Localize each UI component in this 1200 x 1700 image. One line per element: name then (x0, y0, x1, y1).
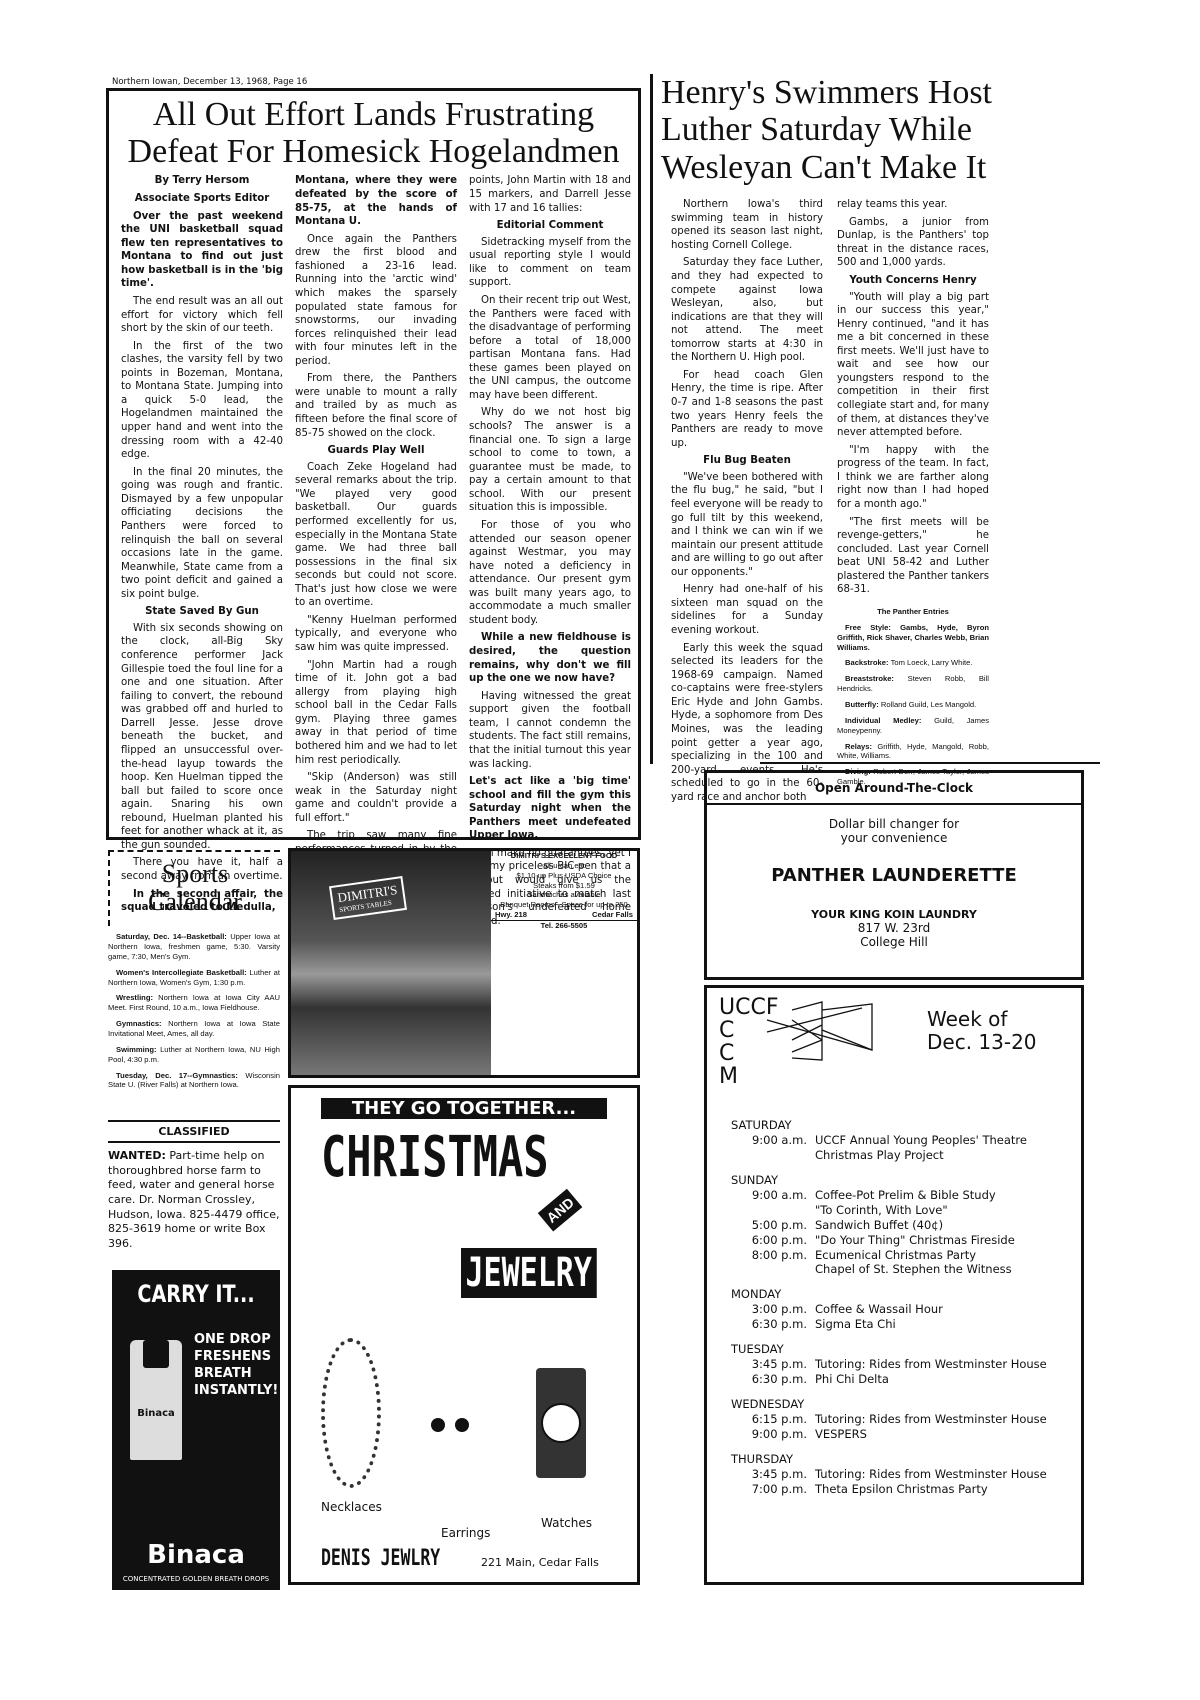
paragraph: Let's act like a 'big time' school and f… (469, 775, 631, 843)
paragraph: points, John Martin with 18 and 15 marke… (469, 174, 631, 215)
schedule-event: 3:45 p.m.Tutoring: Rides from Westminste… (731, 1467, 1071, 1482)
classified: CLASSIFIED WANTED: Part-time help on tho… (108, 1120, 280, 1251)
binaca-ad: CARRY IT... ONE DROP FRESHENS BREATH INS… (112, 1270, 280, 1590)
paragraph: Sidetracking myself from the usual repor… (469, 236, 631, 290)
necklace-icon (321, 1338, 381, 1488)
paragraph: Once again the Panthers drew the first b… (295, 233, 457, 369)
paragraph: With six seconds showing on the clock, a… (121, 622, 283, 853)
schedule-event: 5:00 p.m.Sandwich Buffet (40¢) (731, 1218, 1071, 1233)
swim-col-2: relay teams this year.Gambs, a junior fr… (837, 198, 989, 597)
paragraph: For those of you who attended our season… (469, 519, 631, 628)
paragraph: From there, the Panthers were unable to … (295, 372, 457, 440)
dimitris-photo: DIMITRI'S SPORTS TABLES (291, 851, 491, 1075)
schedule-event: 9:00 a.m.UCCF Annual Young Peoples' Thea… (731, 1133, 1071, 1163)
paragraph: On their recent trip out West, the Panth… (469, 294, 631, 403)
schedule-event: 6:30 p.m.Phi Chi Delta (731, 1372, 1071, 1387)
paragraph: Henry had one-half of his sixteen man sq… (671, 583, 823, 637)
calendar-item: Wrestling: Northern Iowa at Iowa City AA… (108, 993, 280, 1013)
uccf-ad: UCCF C C M Week of Dec. 13-20 SATURDAY9:… (704, 985, 1084, 1585)
entry-item: Relays: Griffith, Hyde, Mangold, Robb, W… (837, 742, 989, 762)
uccf-geometric-logo-icon (762, 1000, 902, 1070)
paragraph: For head coach Glen Henry, the time is r… (671, 369, 823, 450)
calendar-item: Gymnastics: Northern Iowa at Iowa State … (108, 1019, 280, 1039)
paragraph: Gambs, a junior from Dunlap, is the Pant… (837, 216, 989, 270)
paragraph: Montana, where they were defeated by the… (295, 174, 457, 228)
paragraph: "I'm happy with the progress of the team… (837, 444, 989, 512)
laundry-name: PANTHER LAUNDERETTE (707, 865, 1081, 886)
paragraph: "Skip (Anderson) was still weak in the S… (295, 771, 457, 825)
schedule-day: SUNDAY (731, 1173, 1071, 1188)
paragraph: In the final 20 minutes, the going was r… (121, 466, 283, 602)
entry-item: Individual Medley: Guild, James Moneypen… (837, 716, 989, 736)
paragraph: Why do we not host big schools? The answ… (469, 406, 631, 515)
laundry-top: Open Around-The-Clock (707, 773, 1081, 805)
jewelry-ad: THEY GO TOGETHER... CHRISTMAS AND JEWELR… (288, 1085, 640, 1585)
uccf-week: Week of Dec. 13-20 (927, 1008, 1037, 1054)
schedule-day: WEDNESDAY (731, 1397, 1071, 1412)
calendar-item: Saturday, Dec. 14--Basketball: Upper Iow… (108, 932, 280, 962)
panther-entries: The Panther Entries Free Style: Gambs, H… (837, 607, 989, 787)
main-col-1: By Terry Hersom Associate Sports Editor … (121, 174, 283, 932)
watch-icon (536, 1368, 586, 1478)
paragraph: "John Martin had a rough time of it. Joh… (295, 659, 457, 768)
entry-item: Breaststroke: Steven Robb, Bill Hendrick… (837, 674, 989, 694)
byline: By Terry Hersom (121, 174, 283, 188)
schedule-event: 6:00 p.m."Do Your Thing" Christmas Fires… (731, 1233, 1071, 1248)
sports-calendar: Sports Calendar Saturday, Dec. 14--Baske… (108, 850, 280, 1096)
paragraph: "We've been bothered with the flu bug," … (671, 471, 823, 580)
main-col-2: Montana, where they were defeated by the… (295, 174, 457, 932)
calendar-item: Tuesday, Dec. 17--Gymnastics: Wisconsin … (108, 1071, 280, 1091)
binaca-bottle-icon: Binaca (130, 1340, 182, 1460)
schedule-event: 6:15 p.m.Tutoring: Rides from Westminste… (731, 1412, 1071, 1427)
main-headline: All Out Effort Lands Frustrating Defeat … (109, 91, 638, 170)
subhead: Editorial Comment (469, 219, 631, 233)
schedule-day: TUESDAY (731, 1342, 1071, 1357)
schedule-event: 3:00 p.m.Coffee & Wassail Hour (731, 1302, 1071, 1317)
uccf-schedule: SATURDAY9:00 a.m.UCCF Annual Young Peopl… (731, 1108, 1071, 1497)
paragraph: The end result was an all out effort for… (121, 295, 283, 336)
page-folio: Northern Iowan, December 13, 1968, Page … (112, 77, 307, 87)
paragraph: Having witnessed the great support given… (469, 690, 631, 771)
entry-item: Free Style: Gambs, Hyde, Byron Griffith,… (837, 623, 989, 653)
schedule-event: 3:45 p.m.Tutoring: Rides from Westminste… (731, 1357, 1071, 1372)
schedule-event: 9:00 p.m.VESPERS (731, 1427, 1071, 1442)
paragraph: Saturday they face Luther, and they had … (671, 256, 823, 365)
swim-col-1: Northern Iowa's third swimming team in h… (671, 198, 823, 808)
schedule-day: MONDAY (731, 1287, 1071, 1302)
calendar-item: Swimming: Luther at Northern Iowa, NU Hi… (108, 1045, 280, 1065)
laundry-ad: Open Around-The-Clock Dollar bill change… (704, 770, 1084, 980)
byline-title: Associate Sports Editor (121, 192, 283, 206)
subhead: Flu Bug Beaten (671, 454, 823, 468)
schedule-event: 7:00 p.m.Theta Epsilon Christmas Party (731, 1482, 1071, 1497)
subhead: State Saved By Gun (121, 605, 283, 619)
paragraph: Over the past weekend the UNI basketball… (121, 210, 283, 291)
earrings-icon (431, 1418, 471, 1448)
paragraph: "Kenny Huelman performed typically, and … (295, 614, 457, 655)
paragraph: While a new fieldhouse is desired, the q… (469, 631, 631, 685)
swim-headline: Henry's Swimmers Host Luther Saturday Wh… (653, 74, 1100, 186)
calendar-item: Women's Intercollegiate Basketball: Luth… (108, 968, 280, 988)
paragraph: In the first of the two clashes, the var… (121, 340, 283, 462)
schedule-event: 8:00 p.m.Ecumenical Christmas PartyChape… (731, 1248, 1071, 1278)
subhead: Youth Concerns Henry (837, 274, 989, 288)
schedule-day: SATURDAY (731, 1118, 1071, 1133)
paragraph: "The first meets will be revenge-getters… (837, 516, 989, 597)
schedule-event: 9:00 a.m.Coffee-Pot Prelim & Bible Study… (731, 1188, 1071, 1218)
dimitris-ad: DIMITRI'S SPORTS TABLES DIMITRI'S EXCELL… (288, 848, 640, 1078)
swim-story: Henry's Swimmers Host Luther Saturday Wh… (650, 74, 1100, 764)
paragraph: Northern Iowa's third swimming team in h… (671, 198, 823, 252)
entry-item: Butterfly: Rolland Guild, Les Mangold. (837, 700, 989, 710)
paragraph: Coach Zeke Hogeland had several remarks … (295, 461, 457, 610)
entry-item: Backstroke: Tom Loeck, Larry White. (837, 658, 989, 668)
divider (760, 762, 1100, 764)
paragraph: relay teams this year. (837, 198, 989, 212)
main-col-3: points, John Martin with 18 and 15 marke… (469, 174, 631, 932)
schedule-day: THURSDAY (731, 1452, 1071, 1467)
main-story: All Out Effort Lands Frustrating Defeat … (106, 88, 641, 840)
schedule-event: 6:30 p.m.Sigma Eta Chi (731, 1317, 1071, 1332)
paragraph: "Youth will play a big part in our succe… (837, 291, 989, 440)
subhead: Guards Play Well (295, 444, 457, 458)
